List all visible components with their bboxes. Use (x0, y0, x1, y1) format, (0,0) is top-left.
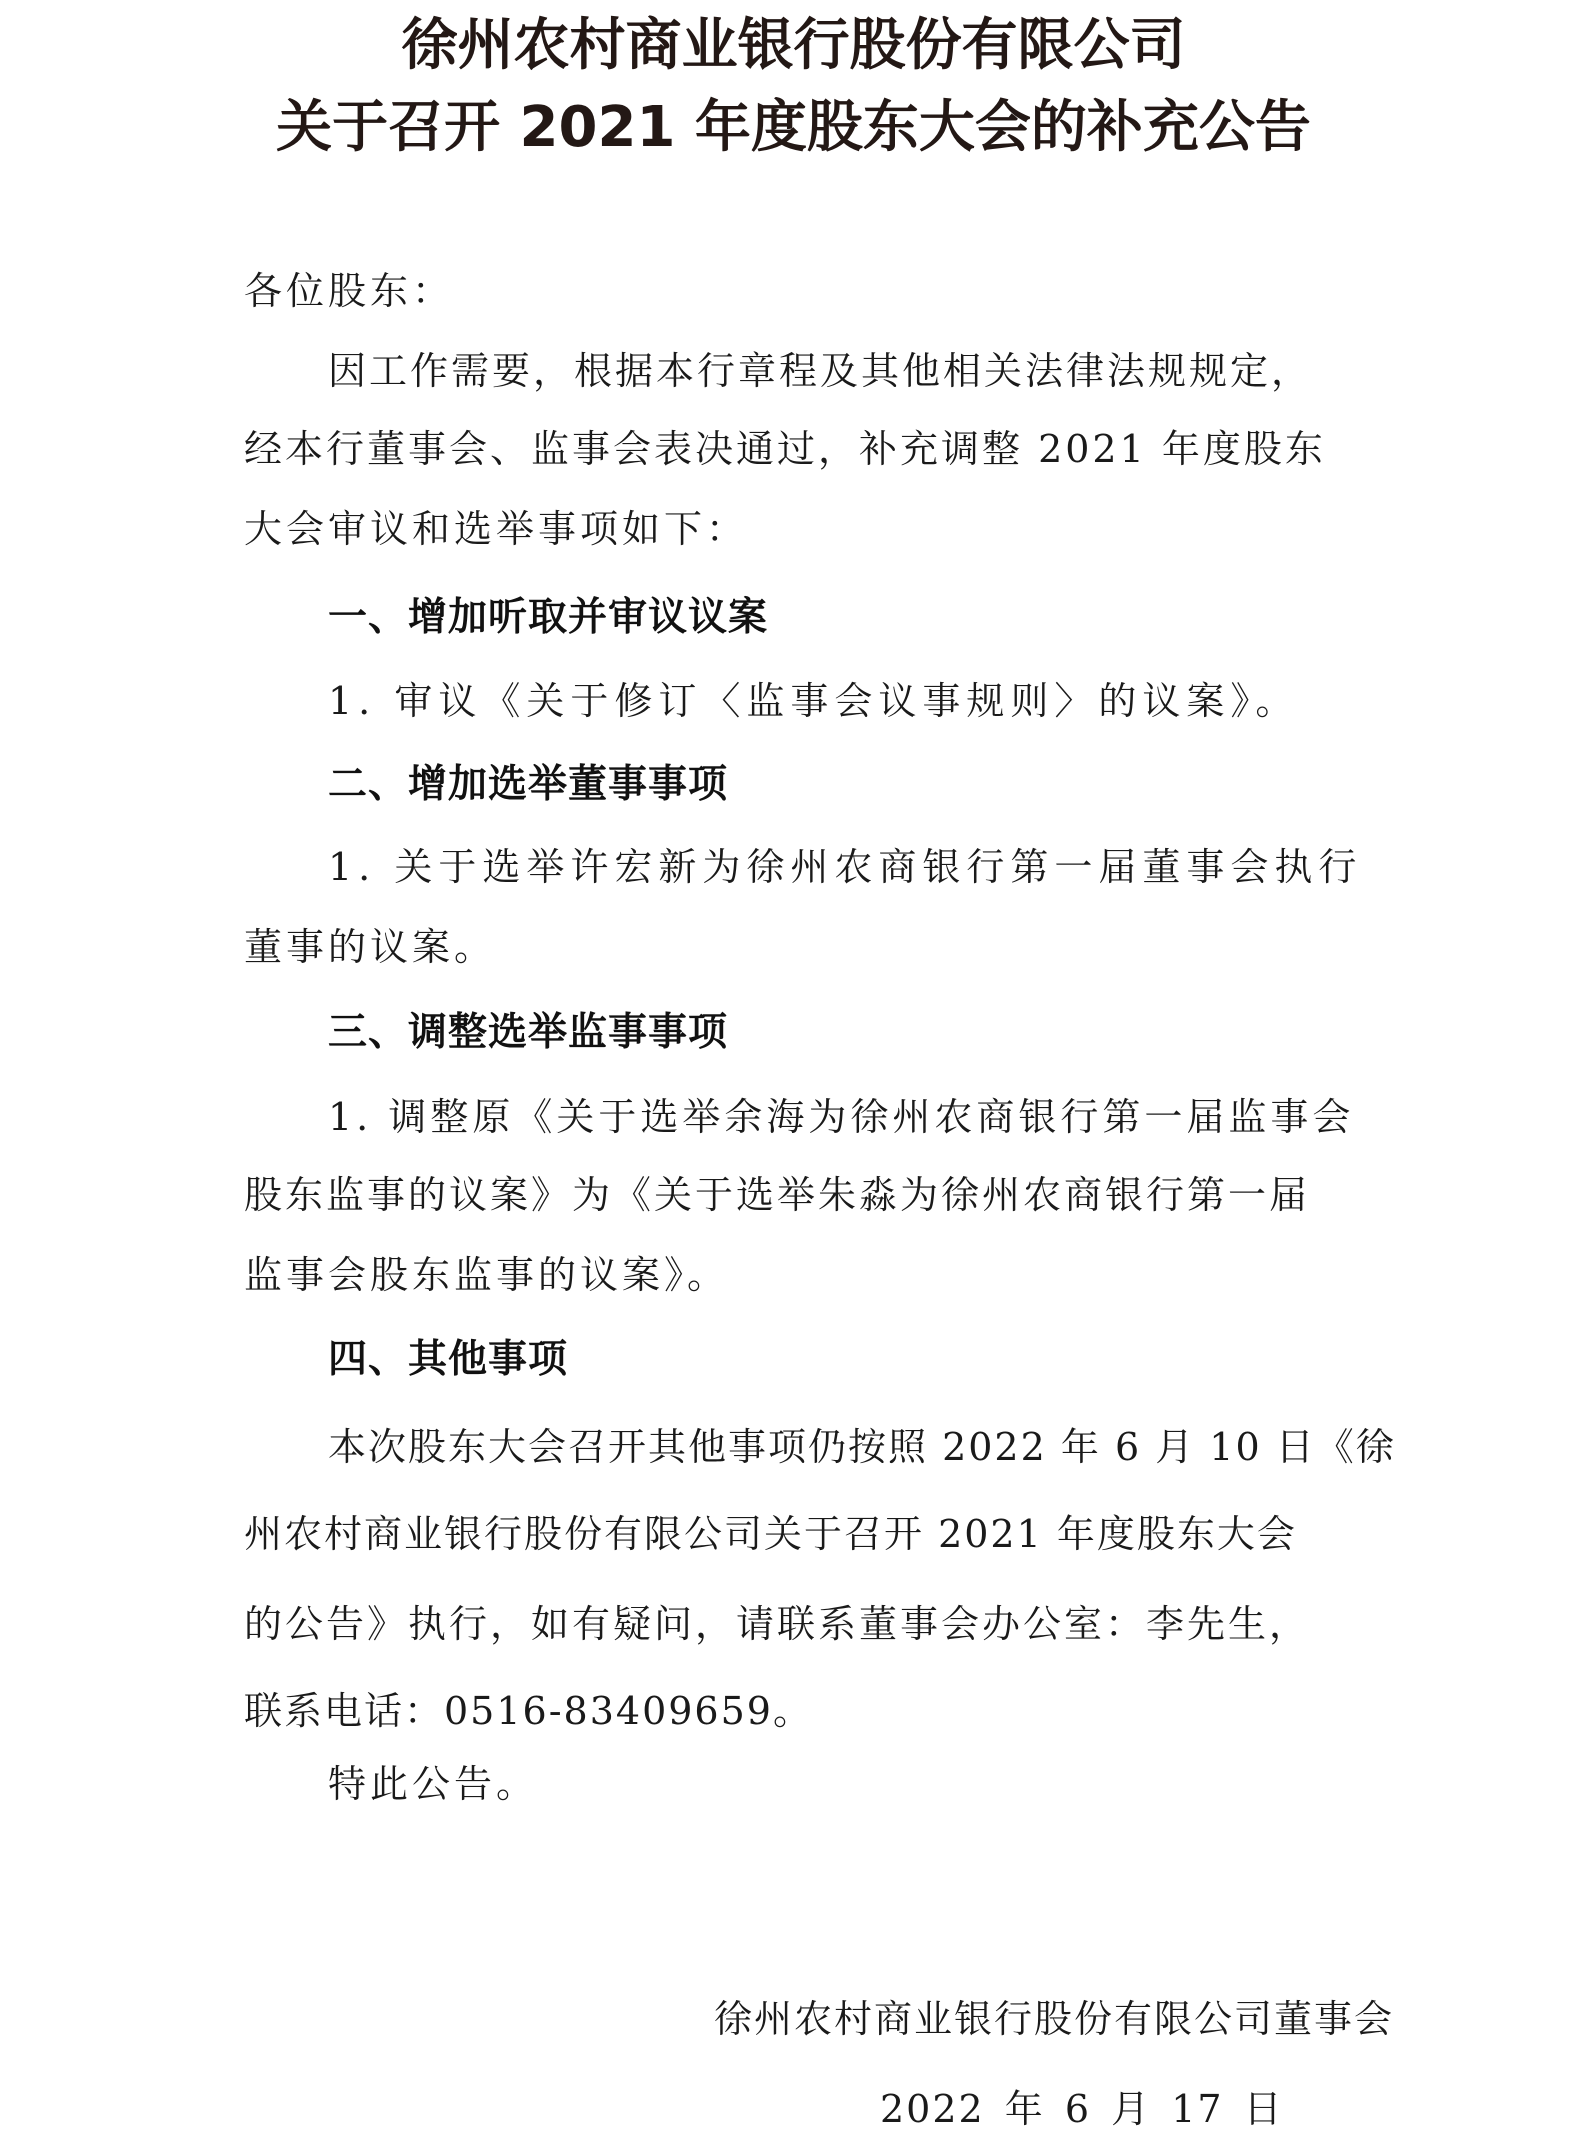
section-1-item-1: 1. 审议《关于修订〈监事会议事规则〉的议案》。 (328, 682, 1299, 720)
section-4-paragraph-line-2: 州农村商业银行股份有限公司关于召开 2021 年度股东大会 (244, 1515, 1297, 1553)
document-title-line-2: 关于召开 2021 年度股东大会的补充公告 (0, 100, 1587, 156)
document-title-line-1: 徐州农村商业银行股份有限公司 (0, 18, 1587, 74)
salutation: 各位股东： (244, 272, 454, 310)
intro-line-2: 经本行董事会、监事会表决通过，补充调整 2021 年度股东 (244, 430, 1326, 468)
issue-date: 2022 年 6 月 17 日 (880, 2090, 1284, 2128)
section-2-heading: 二、增加选举董事事项 (328, 765, 728, 804)
section-3-item-1-line-1: 1. 调整原《关于选举余海为徐州农商银行第一届监事会 (328, 1098, 1354, 1136)
section-4-paragraph-line-1: 本次股东大会召开其他事项仍按照 2022 年 6 月 10 日《徐 (328, 1428, 1396, 1466)
issuer-signature: 徐州农村商业银行股份有限公司董事会 (714, 2000, 1394, 2038)
section-4-paragraph-line-3: 的公告》执行，如有疑问，请联系董事会办公室：李先生， (244, 1605, 1310, 1643)
intro-line-3: 大会审议和选举事项如下： (244, 510, 748, 548)
section-3-item-1-line-2: 股东监事的议案》为《关于选举朱淼为徐州农商银行第一届 (244, 1176, 1310, 1214)
section-3-item-1-line-3: 监事会股东监事的议案》。 (244, 1256, 729, 1294)
section-1-heading: 一、增加听取并审议议案 (328, 598, 768, 637)
intro-line-1: 因工作需要，根据本行章程及其他相关法律法规规定， (328, 352, 1312, 390)
section-2-item-1-line-2: 董事的议案。 (244, 928, 496, 966)
section-4-heading: 四、其他事项 (328, 1340, 568, 1379)
closing-statement: 特此公告。 (328, 1765, 538, 1803)
section-4-paragraph-line-4: 联系电话：0516-83409659。 (244, 1692, 813, 1730)
section-3-heading: 三、调整选举监事事项 (328, 1013, 728, 1052)
section-2-item-1-line-1: 1. 关于选举许宏新为徐州农商银行第一届董事会执行 (328, 848, 1362, 886)
